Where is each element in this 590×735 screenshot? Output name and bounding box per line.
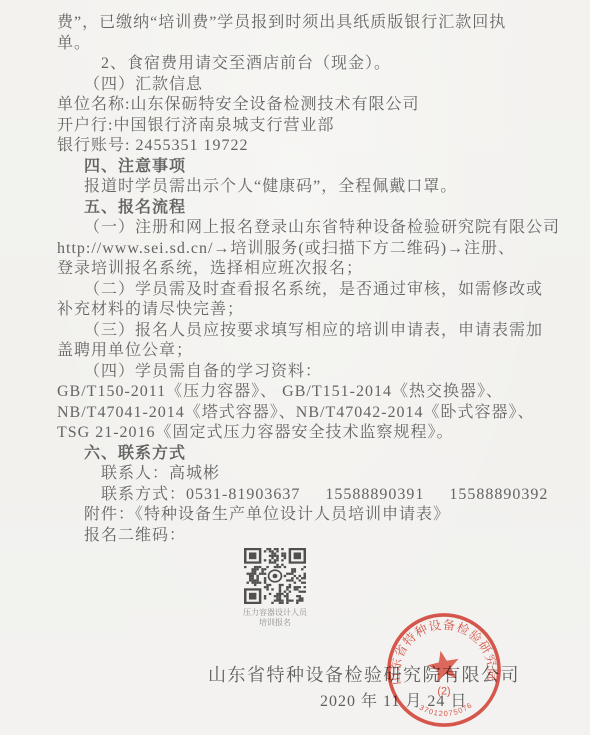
registration-qr-code [244, 548, 306, 604]
step3-line-1: （三）报名人员应按要求填写相应的培训申请表，申请表需加 [57, 321, 560, 342]
qr-caption-line-1: 压力容器设计人员 [239, 608, 311, 618]
payee-name-line: 单位名称:山东保砺特安全设备检测技术有限公司 [57, 95, 560, 116]
seal-star-icon [425, 647, 462, 683]
scanned-document-page: 费”，已缴纳“培训费”学员报到时须出具纸质版银行汇款回执 单。 2、食宿费用请交… [0, 0, 590, 735]
seal-sub-number: (2) [437, 686, 450, 698]
qr-caption-line-2: 培训报名 [239, 618, 311, 628]
step2-line-2: 补充材料的请尽快完善； [57, 300, 560, 321]
qr-block: 压力容器设计人员 培训报名 [239, 548, 311, 627]
step2-line-1: （二）学员需及时查看报名系统，是否通过审核，如需修改或 [57, 280, 560, 301]
qr-label-line: 报名二维码： [57, 526, 560, 547]
step1-line-3: 登录培训报名系统，选择相应班次报名； [57, 259, 560, 280]
procedure-section-heading: 五、报名流程 [57, 198, 560, 219]
contact-person-line: 联系人：高城彬 [57, 464, 560, 485]
step3-line-2: 盖聘用单位公章； [57, 341, 560, 362]
remit-note-line-2: 单。 [57, 34, 560, 55]
document-body: 费”，已缴纳“培训费”学员报到时须出具纸质版银行汇款回执 单。 2、食宿费用请交… [57, 13, 560, 627]
remit-note-line-1: 费”，已缴纳“培训费”学员报到时须出具纸质版银行汇款回执 [57, 13, 560, 34]
official-seal: 山东省特种设备检验研究院有限公司 (2) 3701207507663 [385, 610, 503, 730]
step4-heading-line: （四）学员需自备的学习资料： [57, 362, 560, 383]
attachment-line: 附件：《特种设备生产单位设计人员培训申请表》 [57, 505, 560, 526]
health-code-line: 报道时学员需出示个人“健康码”，全程佩戴口罩。 [57, 177, 560, 198]
remittance-info-heading: （四）汇款信息 [57, 75, 560, 96]
materials-line-3: TSG 21-2016《固定式压力容器安全技术监察规程》。 [57, 423, 560, 444]
bank-account-line: 银行账号: 2455351 19722 [57, 136, 560, 157]
materials-line-1: GB/T150-2011《压力容器》、 GB/T151-2014《热交换器》、 [57, 382, 560, 403]
bank-branch-line: 开户行:中国银行济南泉城支行营业部 [57, 116, 560, 137]
step1-line-1: （一）注册和网上报名登录山东省特种设备检验研究院有限公司 [57, 218, 560, 239]
materials-line-2: NB/T47041-2014《塔式容器》、NB/T47042-2014《卧式容器… [57, 403, 560, 424]
notes-section-heading: 四、注意事项 [57, 157, 560, 178]
contact-phone-line: 联系方式：0531-81903637 15588890391 155888903… [57, 485, 560, 506]
lodging-fee-line: 2、食宿费用请交至酒店前台（现金）。 [57, 54, 560, 75]
step1-url-line: http://www.sei.sd.cn/→培训服务(或扫描下方二维码)→注册、 [57, 239, 560, 260]
contact-section-heading: 六、联系方式 [57, 444, 560, 465]
